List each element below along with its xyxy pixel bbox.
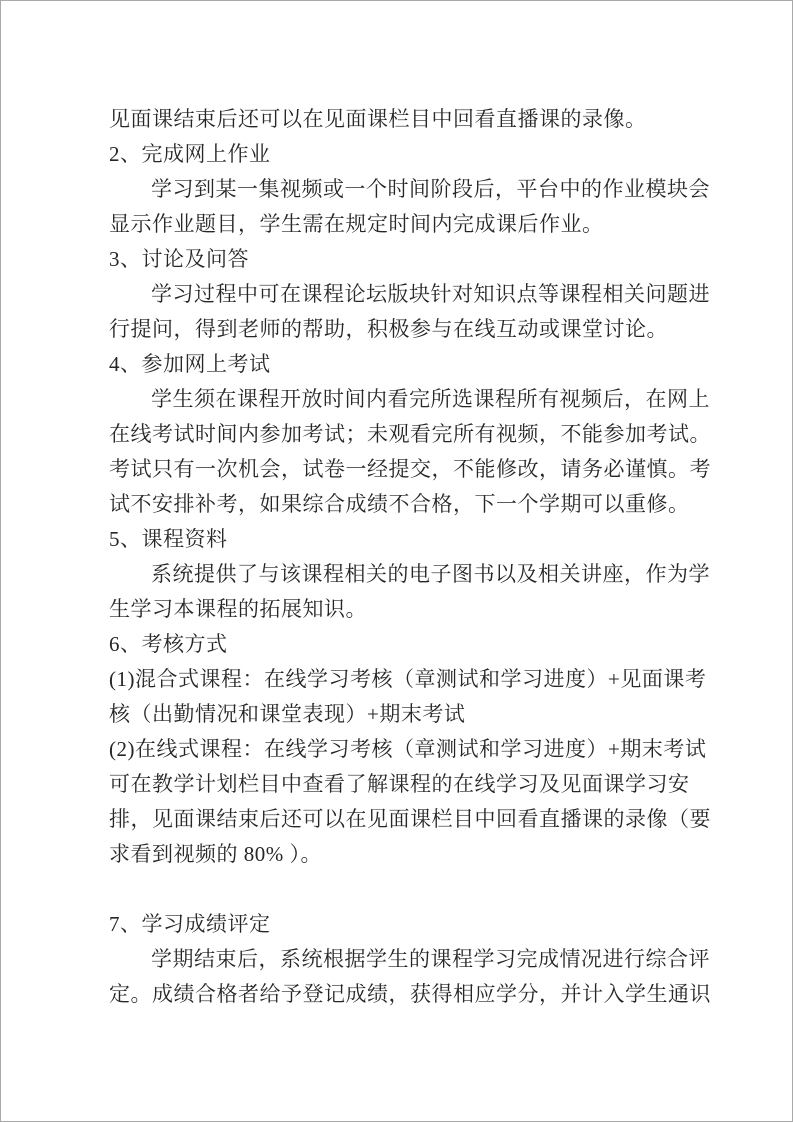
text-line: 6、考核方式 — [109, 627, 682, 662]
text-line: 定。成绩合格者给予登记成绩，获得相应学分，并计入学生通识 — [109, 977, 682, 1012]
text-line: 7、学习成绩评定 — [109, 907, 682, 942]
text-line: 学习到某一集视频或一个时间阶段后，平台中的作业模块会 — [109, 172, 682, 207]
blank-line — [109, 872, 682, 907]
text-line: 行提问，得到老师的帮助，积极参与在线互动或课堂讨论。 — [109, 312, 682, 347]
text-line: (2)在线式课程：在线学习考核（章测试和学习进度）+期末考试 — [109, 732, 682, 767]
text-line: 排，见面课结束后还可以在见面课栏目中回看直播课的录像（要 — [109, 802, 682, 837]
text-line: 考试只有一次机会，试卷一经提交，不能修改，请务必谨慎。考 — [109, 452, 682, 487]
text-line: 学生须在课程开放时间内看完所选课程所有视频后，在网上 — [109, 382, 682, 417]
text-line: 3、讨论及问答 — [109, 242, 682, 277]
document-page: 见面课结束后还可以在见面课栏目中回看直播课的录像。2、完成网上作业学习到某一集视… — [1, 1, 793, 1012]
text-line: 可在教学计划栏目中查看了解课程的在线学习及见面课学习安 — [109, 767, 682, 802]
text-line: 见面课结束后还可以在见面课栏目中回看直播课的录像。 — [109, 102, 682, 137]
text-line: 学期结束后，系统根据学生的课程学习完成情况进行综合评 — [109, 942, 682, 977]
text-line: 在线考试时间内参加考试；未观看完所有视频，不能参加考试。 — [109, 417, 682, 452]
text-line: 试不安排补考，如果综合成绩不合格，下一个学期可以重修。 — [109, 487, 682, 522]
text-line: 2、完成网上作业 — [109, 137, 682, 172]
text-line: 4、参加网上考试 — [109, 347, 682, 382]
text-line: (1)混合式课程：在线学习考核（章测试和学习进度）+见面课考 — [109, 662, 682, 697]
text-line: 5、课程资料 — [109, 522, 682, 557]
text-line: 生学习本课程的拓展知识。 — [109, 592, 682, 627]
text-line: 学习过程中可在课程论坛版块针对知识点等课程相关问题进 — [109, 277, 682, 312]
text-line: 求看到视频的 80% ）。 — [109, 837, 682, 872]
text-line: 核（出勤情况和课堂表现）+期末考试 — [109, 697, 682, 732]
text-line: 显示作业题目，学生需在规定时间内完成课后作业。 — [109, 207, 682, 242]
text-line: 系统提供了与该课程相关的电子图书以及相关讲座，作为学 — [109, 557, 682, 592]
